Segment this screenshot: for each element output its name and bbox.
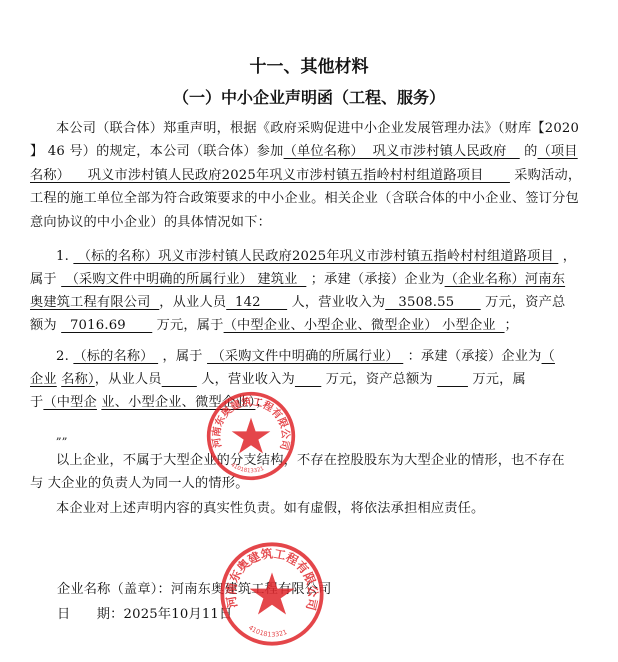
company-signature-line: 企业名称（盖章）：河南东奥建筑工程有限公司 — [57, 582, 332, 598]
text: 的 — [520, 144, 538, 159]
subject-name-field: （标的名称） — [73, 349, 158, 364]
text: 】 46 号）的规定，本公司（联合体）参加 — [30, 144, 284, 159]
svg-text:4101813321: 4101813321 — [247, 624, 288, 639]
project-name-label: （项目 — [538, 144, 578, 159]
enterprise-size-field-b: 业、小型企业、微型企业） — [101, 395, 255, 410]
industry-field: （采购文件中明确的所属行业） 建筑业 — [61, 272, 306, 287]
text: ，从业人员 — [159, 295, 226, 310]
text: 采购活动， — [510, 168, 581, 183]
enterprise-name-field: （企业名称）河南东 — [445, 272, 566, 287]
date-value: 2025年10月11日 — [124, 607, 233, 622]
enterprise-name-label-a: 企业 — [30, 372, 57, 387]
item-number: 2. — [56, 349, 73, 364]
para3: 本企业对上述声明内容的真实性负责。如有虚假，将依法承担相应责任。 — [56, 501, 484, 517]
total-assets-field — [437, 372, 468, 387]
company-name: 河南东奥建筑工程有限公司 — [171, 582, 332, 597]
text: ：承建（承接）企业为 — [403, 349, 541, 364]
employees-field — [162, 372, 197, 387]
ellipsis: „„ — [56, 428, 68, 444]
item2-line3: 于（中型企 业、小型企业、微型企业）； — [30, 395, 269, 411]
text: 万元，属于 — [152, 318, 223, 333]
text: 万元，属 — [468, 372, 526, 387]
enterprise-name-field-cont: 奥建筑工程有限公司 — [30, 295, 159, 310]
enterprise-size-field: （中型企业、小型企业、微型企业） 小型企业 — [224, 318, 505, 333]
para1-line2: 】 46 号）的规定，本公司（联合体）参加（单位名称） 巩义市涉村镇人民政府 的… — [30, 144, 578, 160]
company-label: 企业名称（盖章）： — [57, 582, 171, 597]
unit-name-field: （单位名称） 巩义市涉村镇人民政府 — [284, 144, 520, 159]
revenue-field: 3508.55 — [385, 295, 480, 310]
enterprise-size-field-a: （中型企 — [43, 395, 97, 410]
para1-line5: 意向协议的中小企业）的具体情况如下： — [30, 215, 271, 231]
text: 万元，资产总 — [481, 295, 566, 310]
para1-line3: 名称） 巩义市涉村镇人民政府2025年巩义市涉村镇五指岭村村组道路项目 采购活动… — [30, 168, 581, 184]
item2-line1: 2. （标的名称） ，属于 （采购文件中明确的所属行业） ：承建（承接）企业为（ — [56, 349, 555, 365]
text: ； — [505, 318, 518, 333]
item-number: 1. — [56, 249, 73, 264]
text: 于 — [30, 395, 43, 410]
text: ；承建（承接）企业为 — [306, 272, 444, 287]
text: 人，营业收入为 — [197, 372, 295, 387]
item1-line4: 额为 7016.69 万元，属于（中型企业、小型企业、微型企业） 小型企业 ； — [30, 318, 518, 334]
date-line: 日 期：2025年10月11日 — [57, 607, 232, 623]
enterprise-name-label: （ — [542, 349, 555, 364]
para2-line1: 以上企业，不属于大型企业的分支结构，不存在控股股东为大型企业的情形，也不存在 — [56, 453, 565, 469]
section-title: 十一、其他材料 — [0, 52, 618, 77]
revenue-field — [295, 372, 321, 387]
text: ； — [255, 395, 268, 410]
text: 额为 — [30, 318, 61, 333]
declaration-title: （一）中小企业声明函（工程、服务） — [0, 85, 618, 108]
text: 人，营业收入为 — [287, 295, 385, 310]
text: 属于 — [30, 272, 61, 287]
text: ，从业人员 — [95, 372, 162, 387]
item1-line1: 1. （标的名称）巩义市涉村镇人民政府2025年巩义市涉村镇五指岭村村组道路项目… — [56, 249, 576, 265]
para1-line4: 工程的施工单位全部为符合政策要求的中小企业。相关企业（含联合体的中小企业、签订分… — [30, 191, 579, 207]
para1-line1: 本公司（联合体）郑重声明，根据《政府采购促进中小企业发展管理办法》（财库【202… — [56, 121, 579, 137]
text: 万元，资产总额为 — [321, 372, 437, 387]
employees-field: 142 — [226, 295, 287, 310]
item1-line3: 奥建筑工程有限公司 ，从业人员 142 人，营业收入为 3508.55 万元，资… — [30, 295, 565, 311]
total-assets-field: 7016.69 — [61, 318, 152, 333]
text: ，属于 — [158, 349, 207, 364]
item1-line2: 属于 （采购文件中明确的所属行业） 建筑业 ；承建（承接）企业为（企业名称）河南… — [30, 272, 565, 288]
svg-text:河南东奥建筑工程有限公司: 河南东奥建筑工程有限公司 — [224, 546, 320, 612]
subject-name-field: （标的名称）巩义市涉村镇人民政府2025年巩义市涉村镇五指岭村村组道路项目 — [73, 249, 558, 264]
item2-line2: 企业 名称），从业人员 人，营业收入为 万元，资产总额为 万元，属 — [30, 372, 526, 388]
date-label: 日 期： — [57, 607, 124, 622]
industry-field: （采购文件中明确的所属行业） — [207, 349, 403, 364]
project-name-field: 名称） 巩义市涉村镇人民政府2025年巩义市涉村镇五指岭村村组道路项目 — [30, 168, 510, 183]
enterprise-name-label-b: 名称） — [61, 372, 95, 387]
text: ， — [558, 249, 576, 264]
para2-line2: 与 大企业的负责人为同一人的情形。 — [30, 476, 249, 492]
